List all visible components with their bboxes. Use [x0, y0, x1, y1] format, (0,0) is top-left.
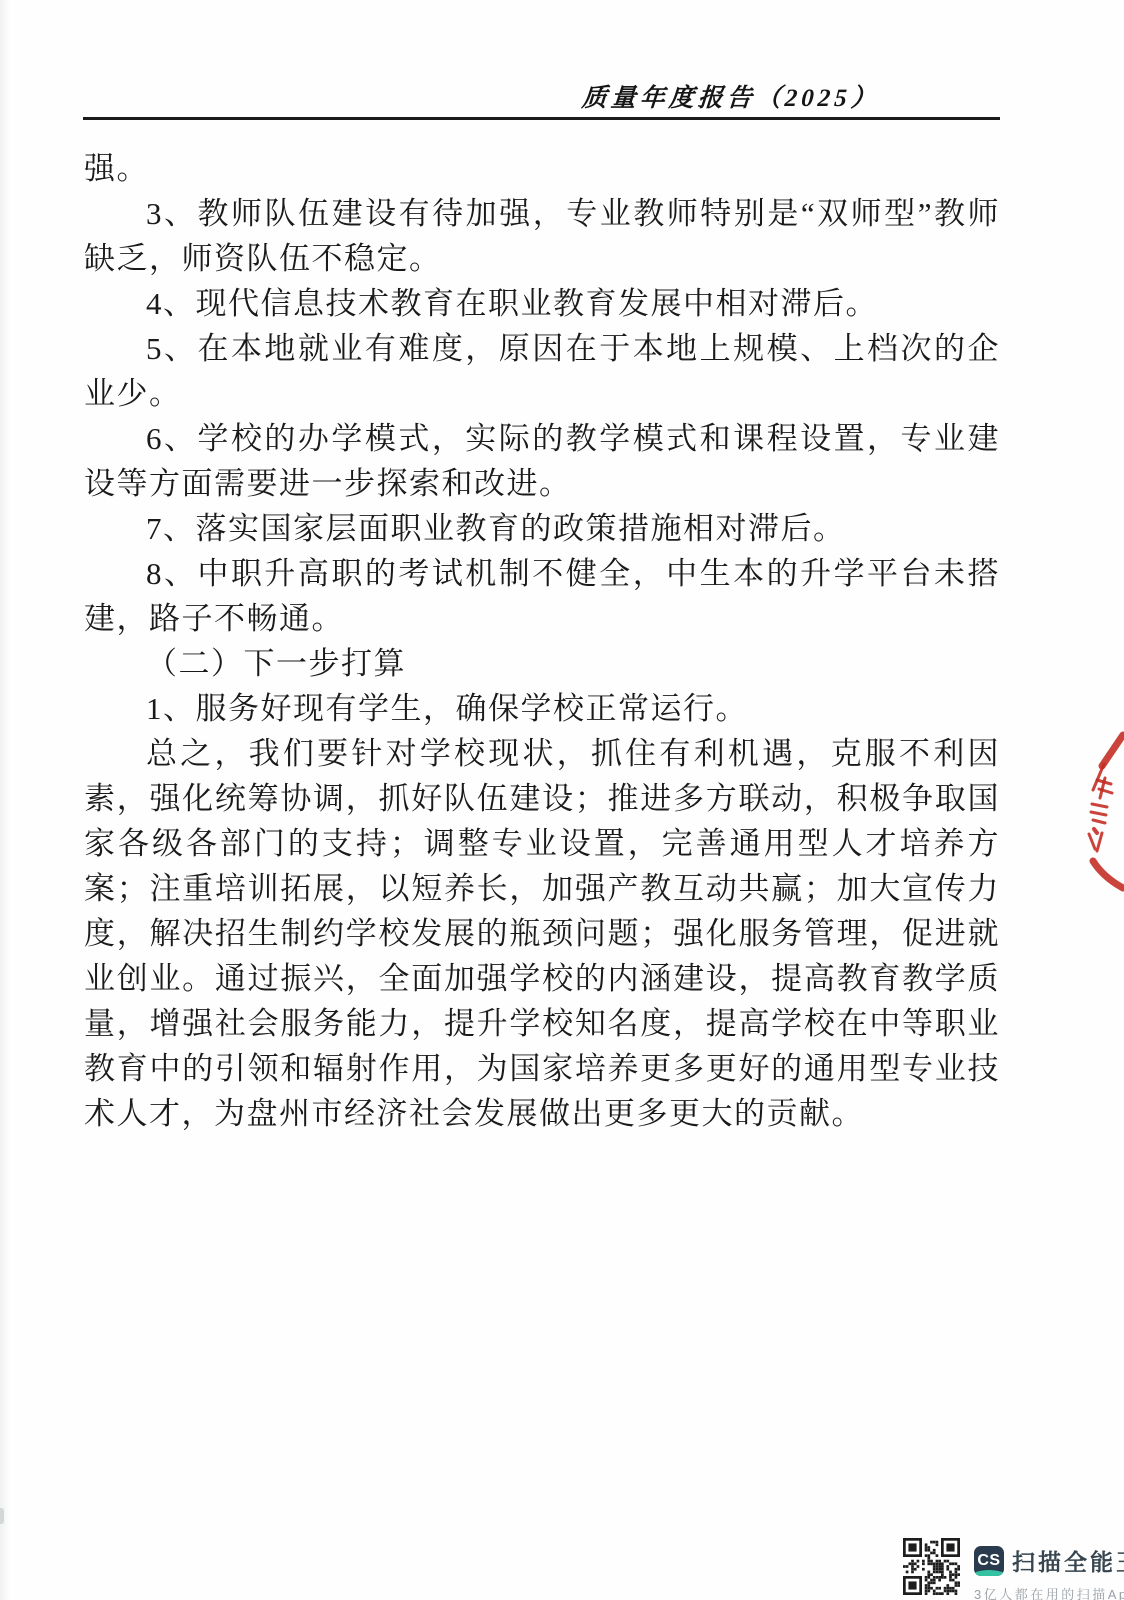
scanned-document-page: 质量年度报告（2025） 强。 3、教师队伍建设有待加强，专业教师特别是“双师型…	[0, 0, 1124, 1600]
paragraph: 总之，我们要针对学校现状，抓住有利机遇，克服不利因素，强化统筹协调，抓好队伍建设…	[84, 731, 1000, 1136]
scanner-app-tagline: 3亿人都在用的扫描App	[974, 1584, 1124, 1600]
qr-code	[903, 1538, 960, 1595]
report-header-title: 质量年度报告（2025）	[581, 78, 882, 114]
scanner-app-name: 扫描全能王	[1012, 1544, 1124, 1577]
paragraph: 6、学校的办学模式，实际的教学模式和课程设置，专业建设等方面需要进一步探索和改进…	[84, 416, 1000, 506]
paragraph: 5、在本地就业有难度，原因在于本地上规模、上档次的企业少。	[84, 326, 1000, 416]
paragraph: 4、现代信息技术教育在职业教育发展中相对滞后。	[84, 281, 1000, 326]
scan-edge-shadow	[0, 0, 10, 1600]
section-heading: （二）下一步打算	[84, 641, 1000, 686]
camscanner-logo-icon: CS	[974, 1546, 1004, 1576]
watermark-text-block: CS 扫描全能王 3亿人都在用的扫描App	[974, 1538, 1124, 1600]
red-seal-fragment-icon	[1064, 680, 1124, 910]
section-heading: 8、中职升高职的考试机制不健全，中生本的升学平台未搭建，路子不畅通。	[84, 551, 1000, 641]
paragraph: 3、教师队伍建设有待加强，专业教师特别是“双师型”教师缺乏，师资队伍不稳定。	[84, 191, 1000, 281]
camscanner-logo-text: CS	[977, 1552, 1000, 1570]
paragraph: 1、服务好现有学生，确保学校正常运行。	[84, 686, 1000, 731]
scanner-watermark: CS 扫描全能王 3亿人都在用的扫描App	[903, 1538, 1124, 1600]
document-body: 强。 3、教师队伍建设有待加强，专业教师特别是“双师型”教师缺乏，师资队伍不稳定…	[84, 146, 1000, 1136]
paragraph: 7、落实国家层面职业教育的政策措施相对滞后。	[84, 506, 1000, 551]
scan-artifact-mark	[0, 1508, 4, 1524]
paragraph: 强。	[84, 146, 1000, 191]
header-divider-line	[83, 117, 1000, 120]
